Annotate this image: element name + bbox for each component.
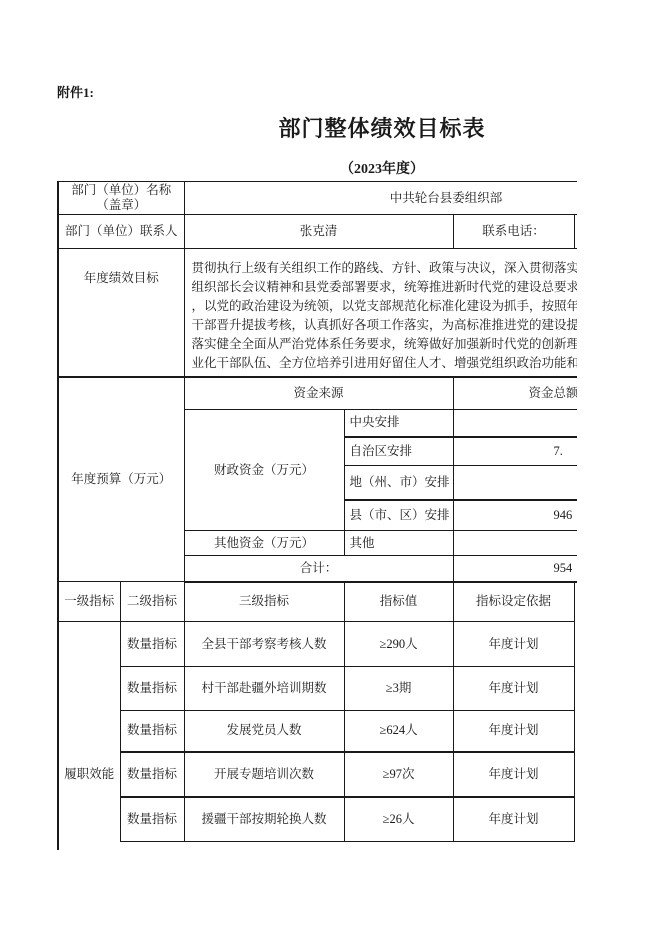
clipped-area xyxy=(574,582,577,842)
goal-text-line: 落实健全全面从严治党体系任务要求，统筹做好加强新时代党的创新理 xyxy=(192,335,577,354)
performance-target-table: 部门（单位）名称（盖章） 中共轮台县委组织部 部门（单位）联系人 张克清 联系电… xyxy=(57,181,577,842)
other-funds-label: 其他资金（万元） xyxy=(184,531,344,556)
indicator-basis: 年度计划 xyxy=(453,667,574,711)
indicator-level2: 数量指标 xyxy=(120,752,184,797)
indicator-level3: 全县干部考察考核人数 xyxy=(184,622,344,667)
indicator-basis: 年度计划 xyxy=(453,622,574,667)
indicator-value: ≥26人 xyxy=(344,797,453,842)
other-row-name: 其他 xyxy=(344,531,453,556)
indicator-level3: 开展专题培训次数 xyxy=(184,752,344,797)
budget-total-value: 954 xyxy=(453,556,577,582)
indicator-basis: 年度计划 xyxy=(453,797,574,842)
indicator-basis: 年度计划 xyxy=(453,752,574,797)
goal-text-line: 干部晋升提拔考核，认真抓好各项工作落实，为高标准推进党的建设提 xyxy=(192,316,577,335)
goal-text-line: ，以党的政治建设为统领，以党支部规范化标准化建设为抓手，按照年 xyxy=(192,297,577,316)
document-page: 附件1: 部门整体绩效目标表 （2023年度） 部门（单位）名称（盖章） 中共轮… xyxy=(0,0,662,936)
indicator-header-level1: 一级指标 xyxy=(58,582,120,622)
funding-total-header: 资金总额 xyxy=(453,377,577,410)
other-row-value xyxy=(453,531,577,556)
budget-total-label: 合计： xyxy=(184,556,453,582)
indicator-level2: 数量指标 xyxy=(120,797,184,842)
indicator-level2: 数量指标 xyxy=(120,711,184,752)
indicator-level2: 数量指标 xyxy=(120,667,184,711)
indicator-header-basis: 指标设定依据 xyxy=(453,582,574,622)
funding-row-value xyxy=(453,466,577,500)
funding-row-value: 946 xyxy=(453,500,577,531)
attachment-label: 附件1: xyxy=(57,82,94,101)
phone-value xyxy=(574,215,577,249)
indicator-level3: 援疆干部按期轮换人数 xyxy=(184,797,344,842)
dept-name-value: 中共轮台县委组织部 xyxy=(184,182,577,215)
contact-value: 张克清 xyxy=(184,215,453,249)
indicator-value: ≥97次 xyxy=(344,752,453,797)
goal-text-line: 业化干部队伍、全方位培养引进用好留住人才、增强党组织政治功能和 xyxy=(192,354,577,373)
annual-goal-label: 年度绩效目标 xyxy=(58,249,184,377)
indicator-level2: 数量指标 xyxy=(120,622,184,667)
budget-label: 年度预算（万元） xyxy=(58,377,184,582)
page-title: 部门整体绩效目标表 xyxy=(57,112,662,143)
goal-text-line: 组织部长会议精神和县党委部署要求，统筹推进新时代党的建设总要求 xyxy=(192,278,577,297)
indicator-value: ≥624人 xyxy=(344,711,453,752)
contact-label: 部门（单位）联系人 xyxy=(58,215,184,249)
goal-text-line: 贯彻执行上级有关组织工作的路线、方针、政策与决议，深入贯彻落实 xyxy=(192,259,577,278)
annual-goal-text: 贯彻执行上级有关组织工作的路线、方针、政策与决议，深入贯彻落实 组织部长会议精神… xyxy=(184,249,577,377)
indicator-basis: 年度计划 xyxy=(453,711,574,752)
indicator-value: ≥290人 xyxy=(344,622,453,667)
funding-row-name: 县（市、区）安排 xyxy=(344,500,453,531)
continued-border-stub xyxy=(57,840,59,850)
indicator-level3: 村干部赴疆外培训期数 xyxy=(184,667,344,711)
page-subtitle: （2023年度） xyxy=(57,158,662,178)
phone-label: 联系电话： xyxy=(453,215,574,249)
funding-row-name: 中央安排 xyxy=(344,410,453,437)
table-row: 数量指标 村干部赴疆外培训期数 ≥3期 年度计划 xyxy=(58,667,577,711)
performance-table-viewport: 部门（单位）名称（盖章） 中共轮台县委组织部 部门（单位）联系人 张克清 联系电… xyxy=(57,181,577,853)
indicator-value: ≥3期 xyxy=(344,667,453,711)
fiscal-funds-label: 财政资金（万元） xyxy=(184,410,344,531)
level1-indicator: 履职效能 xyxy=(58,622,120,842)
funding-row-name: 地（州、市）安排 xyxy=(344,466,453,500)
indicator-level3: 发展党员人数 xyxy=(184,711,344,752)
funding-row-value: 7. xyxy=(453,437,577,466)
indicator-header-level2: 二级指标 xyxy=(120,582,184,622)
table-row: 数量指标 发展党员人数 ≥624人 年度计划 xyxy=(58,711,577,752)
dept-name-label: 部门（单位）名称（盖章） xyxy=(58,182,184,215)
indicator-header-level3: 三级指标 xyxy=(184,582,344,622)
funding-row-value xyxy=(453,410,577,437)
table-row: 数量指标 开展专题培训次数 ≥97次 年度计划 xyxy=(58,752,577,797)
funding-row-name: 自治区安排 xyxy=(344,437,453,466)
indicator-header-value: 指标值 xyxy=(344,582,453,622)
table-row: 履职效能 数量指标 全县干部考察考核人数 ≥290人 年度计划 xyxy=(58,622,577,667)
table-row: 数量指标 援疆干部按期轮换人数 ≥26人 年度计划 xyxy=(58,797,577,842)
funding-source-header: 资金来源 xyxy=(184,377,453,410)
